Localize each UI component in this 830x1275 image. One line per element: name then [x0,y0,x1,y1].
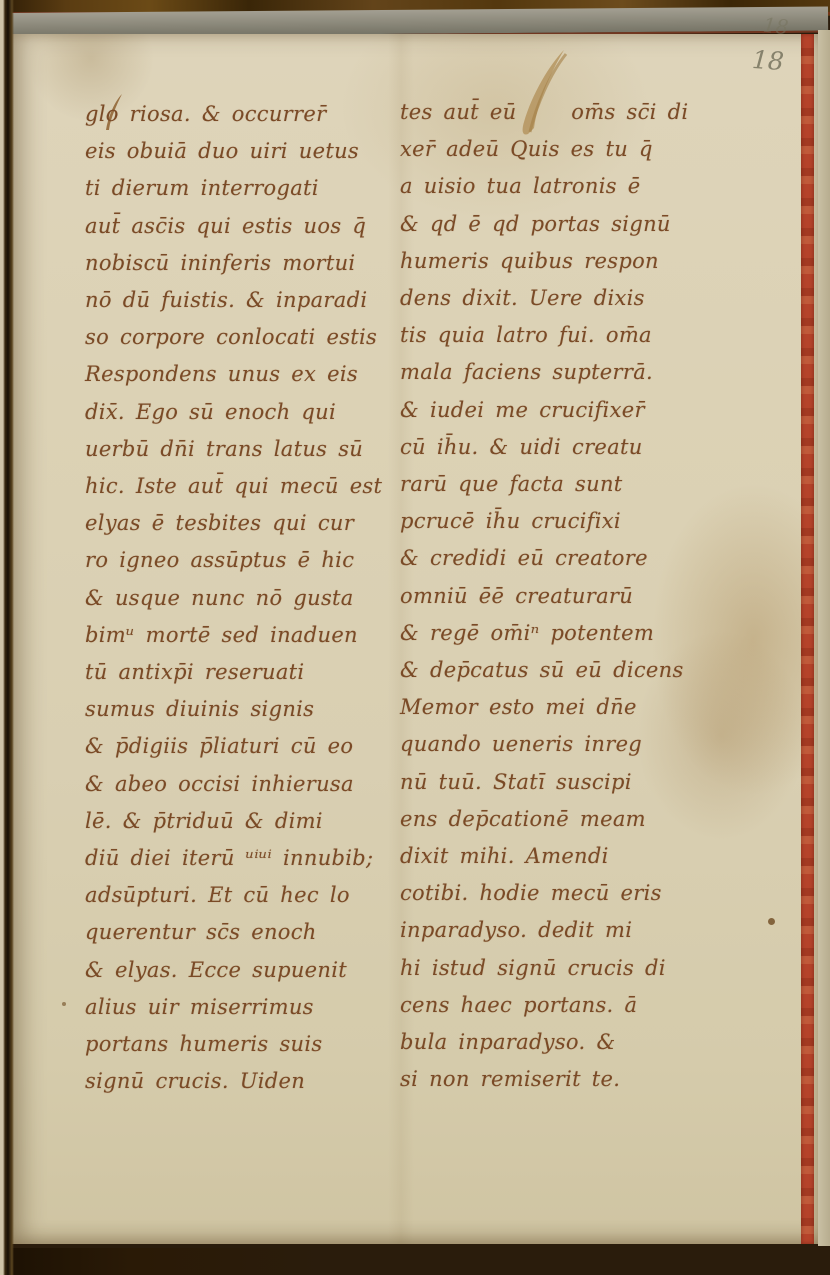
manuscript-text-line: & qd ē qd portas signū [400,206,730,243]
fore-edge-paper [818,30,830,1246]
red-fore-edge-stripe [801,34,814,1244]
manuscript-text-line: bimᵘ mortē sed inaduen [85,617,390,654]
manuscript-text-line: mala faciens supterrā. [400,354,730,391]
manuscript-text-line: dens dixit. Uere dixis [400,280,730,317]
manuscript-text-line: sumus diuinis signis [85,691,390,728]
manuscript-text-line: & dep̄catus sū eū dicens [400,652,730,689]
manuscript-text-line: aut̄ asc̄is qui estis uos q̄ [85,208,390,245]
manuscript-text-line: ens dep̄cationē meam [400,801,730,838]
folio-number-faint: 18 [762,13,790,40]
manuscript-text-line: hi istud signū crucis di [400,950,730,987]
manuscript-text-line: cū ih̄u. & uidi creatu [400,429,730,466]
manuscript-text-line: dixit mihi. Amendi [400,838,730,875]
manuscript-text-line: si non remiserit te. [400,1061,730,1098]
text-column-left: glo riosa. & occurrer̄eis obuiā duo uiri… [85,96,390,1100]
manuscript-text-line: pcrucē ih̄u crucifixi [400,503,730,540]
manuscript-text-line: cens haec portans. ā [400,987,730,1024]
manuscript-text-line: Memor esto mei dn̄e [400,689,730,726]
manuscript-text-line: nobiscū ininferis mortui [85,245,390,282]
manuscript-text-line: & credidi eū creatore [400,540,730,577]
manuscript-text-line: glo riosa. & occurrer̄ [85,96,390,133]
manuscript-text-line: signū crucis. Uiden [85,1063,390,1100]
manuscript-text-line: tū antixp̄i reseruati [85,654,390,691]
manuscript-text-line: a uisio tua latronis ē [400,168,730,205]
manuscript-text-line: lē. & p̄triduū & dimi [85,803,390,840]
manuscript-text-line: xer̄ adeū Quis es tu q̄ [400,131,730,168]
manuscript-text-line: tis quia latro fui. om̄a [400,317,730,354]
manuscript-text-line: uerbū dn̄i trans latus sū [85,431,390,468]
manuscript-text-line: alius uir miserrimus [85,989,390,1026]
manuscript-text-line: & regē om̄iⁿ potentem [400,615,730,652]
manuscript-text-line: eis obuiā duo uiri uetus [85,133,390,170]
manuscript-text-line: & p̄digiis p̄liaturi cū eo [85,728,390,765]
binding-shadow [0,1248,330,1275]
manuscript-text-line: nū tuū. Statī suscipi [400,764,730,801]
manuscript-text-line: rarū que facta sunt [400,466,730,503]
manuscript-text-line: tes aut̄ eū om̄s sc̄i di [400,94,730,131]
manuscript-text-line: & usque nunc nō gusta [85,580,390,617]
manuscript-text-line: Respondens unus ex eis [85,356,390,393]
ink-spot [62,1002,66,1006]
manuscript-text-line: omniū ēē creaturarū [400,578,730,615]
manuscript-text-line: & abeo occisi inhierusa [85,766,390,803]
manuscript-text-line: & iudei me crucifixer̄ [400,392,730,429]
page-stack-edge [6,7,828,37]
manuscript-text-line: cotibi. hodie mecū eris [400,875,730,912]
binding-gutter-shadow [0,0,14,1275]
manuscript-text-line: & elyas. Ecce supuenit [85,952,390,989]
folio-number: 18 [751,45,785,76]
manuscript-text-line: ti dierum interrogati [85,170,390,207]
manuscript-photo: 18 18 glo riosa. & occurrer̄eis obuiā du… [0,0,830,1275]
manuscript-text-line: dix̄. Ego sū enoch qui [85,394,390,431]
manuscript-text-line: elyas ē tesbites qui cur [85,505,390,542]
ink-spot [768,918,775,925]
manuscript-text-line: portans humeris suis [85,1026,390,1063]
manuscript-text-line: inparadyso. dedit mi [400,912,730,949]
manuscript-text-line: hic. Iste aut̄ qui mecū est [85,468,390,505]
manuscript-text-line: quando ueneris inreg [400,726,730,763]
manuscript-text-line: ro igneo assūptus ē hic [85,542,390,579]
manuscript-text-line: so corpore conlocati estis [85,319,390,356]
manuscript-text-line: diū diei iterū ᵘⁱᵘⁱ innubib; [85,840,390,877]
text-column-right: tes aut̄ eū om̄s sc̄i dixer̄ adeū Quis e… [400,94,730,1098]
manuscript-text-line: bula inparadyso. & [400,1024,730,1061]
manuscript-text-line: querentur sc̄s enoch [85,914,390,951]
manuscript-text-line: adsūpturi. Et cū hec lo [85,877,390,914]
manuscript-text-line: humeris quibus respon [400,243,730,280]
manuscript-text-line: nō dū fuistis. & inparadi [85,282,390,319]
